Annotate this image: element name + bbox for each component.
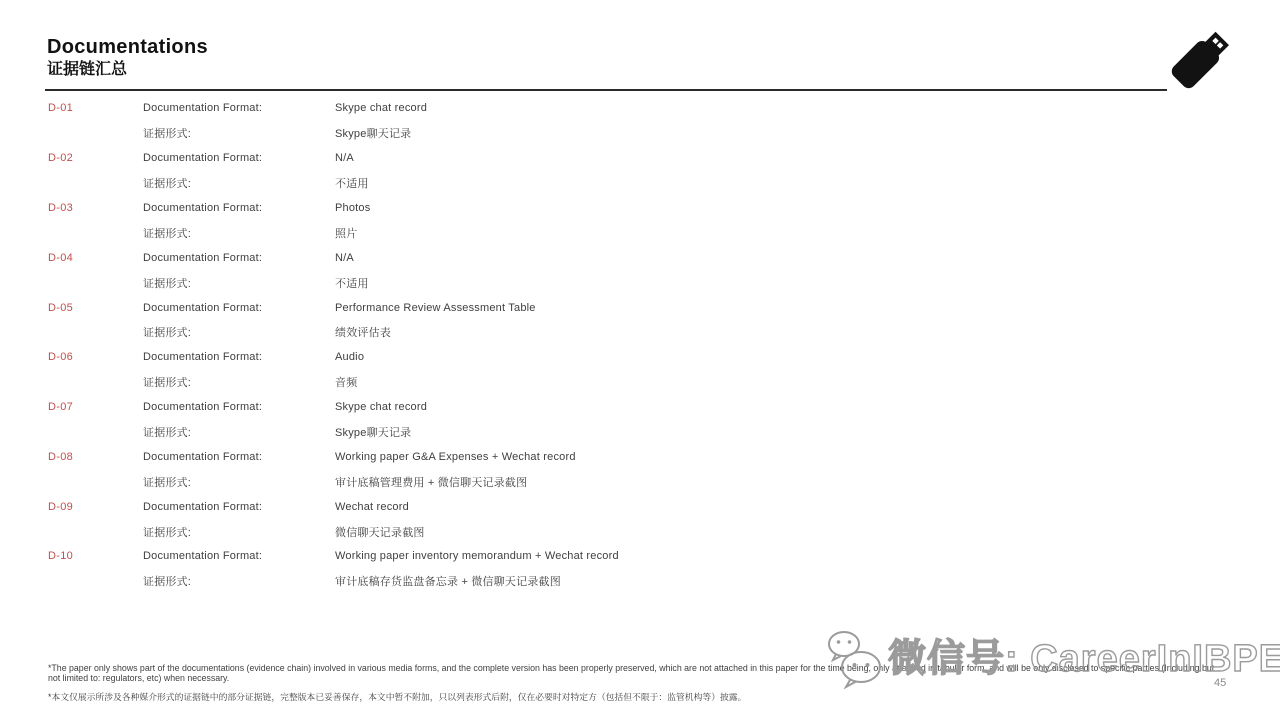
doc-format-value-zh: 音频 [335, 374, 1280, 390]
doc-row-chinese-line: 证据形式: 绩效评估表 [0, 320, 1280, 345]
doc-format-label-zh: 证据形式: [143, 374, 335, 390]
footnotes: *The paper only shows part of the docume… [48, 663, 1220, 702]
doc-row-english-line: D-07 Documentation Format: Skype chat re… [0, 395, 1280, 420]
doc-format-value-en: N/A [335, 252, 1280, 264]
doc-format-label-en: Documentation Format: [143, 550, 335, 562]
doc-format-label-en: Documentation Format: [143, 451, 335, 463]
doc-row-chinese-line: 证据形式: Skype聊天记录 [0, 420, 1280, 445]
doc-format-value-zh: 不适用 [335, 175, 1280, 191]
doc-id: D-02 [48, 152, 143, 164]
slide: Documentations 证据链汇总 D-01 Documentation … [0, 0, 1280, 720]
doc-format-label-zh: 证据形式: [143, 524, 335, 540]
doc-id: D-09 [48, 501, 143, 513]
doc-format-label-zh: 证据形式: [143, 474, 335, 490]
doc-row-english-line: D-08 Documentation Format: Working paper… [0, 444, 1280, 469]
doc-format-value-en: Audio [335, 351, 1280, 363]
doc-format-value-zh: 不适用 [335, 275, 1280, 291]
doc-format-label-en: Documentation Format: [143, 252, 335, 264]
doc-format-label-en: Documentation Format: [143, 102, 335, 114]
doc-format-value-zh: 照片 [335, 225, 1280, 241]
doc-row-chinese-line: 证据形式: 审计底稿存货监盘备忘录 + 微信聊天记录截图 [0, 569, 1280, 594]
doc-format-value-zh: 绩效评估表 [335, 324, 1280, 340]
doc-row-english-line: D-06 Documentation Format: Audio [0, 345, 1280, 370]
documentation-list: D-01 Documentation Format: Skype chat re… [0, 96, 1280, 594]
doc-format-label-en: Documentation Format: [143, 302, 335, 314]
doc-format-value-en: Skype chat record [335, 401, 1280, 413]
doc-row-english-line: D-01 Documentation Format: Skype chat re… [0, 96, 1280, 121]
doc-format-label-en: Documentation Format: [143, 501, 335, 513]
page-title: Documentations 证据链汇总 [47, 36, 208, 79]
doc-format-value-zh: Skype聊天记录 [335, 424, 1280, 440]
doc-format-value-zh: 审计底稿管理费用 + 微信聊天记录截图 [335, 474, 1280, 490]
doc-format-value-en: N/A [335, 152, 1280, 164]
doc-id: D-06 [48, 351, 143, 363]
page-title-zh: 证据链汇总 [47, 60, 208, 79]
doc-row-chinese-line: 证据形式: 照片 [0, 220, 1280, 245]
doc-row-english-line: D-03 Documentation Format: Photos [0, 196, 1280, 221]
doc-row-chinese-line: 证据形式: 音频 [0, 370, 1280, 395]
doc-format-value-zh: 审计底稿存货监盘备忘录 + 微信聊天记录截图 [335, 573, 1280, 589]
doc-format-label-zh: 证据形式: [143, 225, 335, 241]
page-number: 45 [1214, 677, 1226, 689]
doc-format-label-zh: 证据形式: [143, 324, 335, 340]
doc-format-value-en: Skype chat record [335, 102, 1280, 114]
doc-format-value-en: Photos [335, 202, 1280, 214]
doc-id: D-07 [48, 401, 143, 413]
footnote-chinese: *本文仅展示所涉及各种媒介形式的证据链中的部分证据链，完整版本已妥善保存，本文中… [48, 692, 1220, 702]
page-title-en: Documentations [47, 36, 208, 58]
doc-row-chinese-line: 证据形式: 微信聊天记录截图 [0, 519, 1280, 544]
doc-row-chinese-line: 证据形式: 不适用 [0, 171, 1280, 196]
doc-format-label-en: Documentation Format: [143, 351, 335, 363]
doc-format-label-en: Documentation Format: [143, 202, 335, 214]
doc-format-label-zh: 证据形式: [143, 175, 335, 191]
doc-format-value-zh: 微信聊天记录截图 [335, 524, 1280, 540]
doc-id: D-01 [48, 102, 143, 114]
doc-format-value-en: Performance Review Assessment Table [335, 302, 1280, 314]
doc-row-english-line: D-09 Documentation Format: Wechat record [0, 494, 1280, 519]
usb-flash-drive-icon [1168, 28, 1232, 92]
doc-row-english-line: D-04 Documentation Format: N/A [0, 245, 1280, 270]
doc-format-label-zh: 证据形式: [143, 424, 335, 440]
doc-row-english-line: D-02 Documentation Format: N/A [0, 146, 1280, 171]
doc-row-english-line: D-10 Documentation Format: Working paper… [0, 544, 1280, 569]
doc-format-value-zh: Skype聊天记录 [335, 125, 1280, 141]
header-divider [45, 89, 1167, 91]
doc-format-label-zh: 证据形式: [143, 573, 335, 589]
doc-id: D-08 [48, 451, 143, 463]
doc-row-chinese-line: 证据形式: 不适用 [0, 270, 1280, 295]
doc-format-label-zh: 证据形式: [143, 125, 335, 141]
doc-format-label-zh: 证据形式: [143, 275, 335, 291]
doc-format-label-en: Documentation Format: [143, 401, 335, 413]
doc-id: D-03 [48, 202, 143, 214]
doc-id: D-10 [48, 550, 143, 562]
doc-id: D-05 [48, 302, 143, 314]
doc-row-chinese-line: 证据形式: 审计底稿管理费用 + 微信聊天记录截图 [0, 469, 1280, 494]
doc-format-label-en: Documentation Format: [143, 152, 335, 164]
doc-id: D-04 [48, 252, 143, 264]
doc-format-value-en: Working paper inventory memorandum + Wec… [335, 550, 1280, 562]
doc-row-english-line: D-05 Documentation Format: Performance R… [0, 295, 1280, 320]
doc-format-value-en: Working paper G&A Expenses + Wechat reco… [335, 451, 1280, 463]
footnote-english: *The paper only shows part of the docume… [48, 663, 1220, 684]
doc-row-chinese-line: 证据形式: Skype聊天记录 [0, 121, 1280, 146]
doc-format-value-en: Wechat record [335, 501, 1280, 513]
